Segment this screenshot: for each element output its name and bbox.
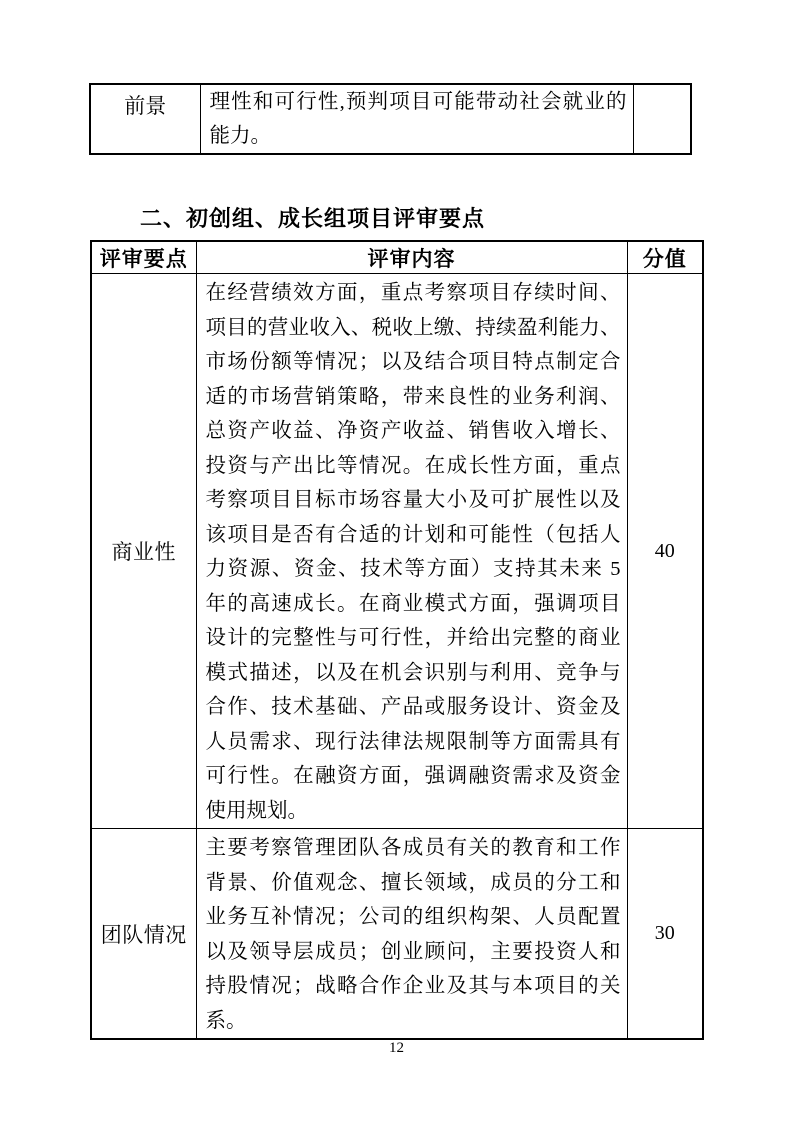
- text-line: 使用规划。: [206, 794, 621, 829]
- text-line: 在经营绩效方面，重点考察项目存续时间、: [206, 276, 621, 311]
- section-heading: 二、初创组、成长组项目评审要点: [140, 202, 485, 233]
- text-line: 该项目是否有合适的计划和可能性（包括人: [206, 518, 621, 553]
- table-header-row: 评审要点 评审内容 分值: [91, 241, 703, 274]
- header-content: 评审内容: [196, 241, 627, 274]
- header-criteria: 评审要点: [91, 241, 196, 274]
- text-line: 投资与产出比等情况。在成长性方面，重点: [206, 449, 621, 484]
- text-line: 力资源、资金、技术等方面）支持其未来 5: [206, 552, 621, 587]
- text-line: 项目的营业收入、税收上缴、持续盈利能力、: [206, 311, 621, 346]
- text-line: 年的高速成长。在商业模式方面，强调项目: [206, 587, 621, 622]
- text-line: 理性和可行性,预判项目可能带动社会就业的: [210, 86, 627, 120]
- text-line: 能力。: [210, 120, 627, 154]
- text-line: 市场份额等情况；以及结合项目特点制定合: [206, 345, 621, 380]
- text-line: 系。: [206, 1004, 621, 1039]
- top-table-fragment: 前景 理性和可行性,预判项目可能带动社会就业的能力。: [89, 83, 692, 155]
- text-line: 主要考察管理团队各成员有关的教育和工作: [206, 831, 621, 866]
- content-cell-prospect: 理性和可行性,预判项目可能带动社会就业的能力。: [200, 84, 633, 154]
- text-line: 可行性。在融资方面，强调融资需求及资金: [206, 759, 621, 794]
- header-score: 分值: [627, 241, 703, 274]
- score-cell-commercial: 40: [627, 274, 703, 829]
- content-cell-commercial: 在经营绩效方面，重点考察项目存续时间、项目的营业收入、税收上缴、持续盈利能力、市…: [196, 274, 627, 829]
- text-line: 设计的完整性与可行性，并给出完整的商业: [206, 621, 621, 656]
- table-row-commercial: 商业性 在经营绩效方面，重点考察项目存续时间、项目的营业收入、税收上缴、持续盈利…: [91, 274, 703, 829]
- table-row-team: 团队情况 主要考察管理团队各成员有关的教育和工作背景、价值观念、擅长领域，成员的…: [91, 829, 703, 1040]
- criteria-cell-commercial: 商业性: [91, 274, 196, 829]
- criteria-cell-prospect: 前景: [90, 84, 200, 154]
- content-cell-team: 主要考察管理团队各成员有关的教育和工作背景、价值观念、擅长领域，成员的分工和业务…: [196, 829, 627, 1040]
- text-line: 总资产收益、净资产收益、销售收入增长、: [206, 414, 621, 449]
- text-line: 模式描述，以及在机会识别与利用、竞争与: [206, 656, 621, 691]
- criteria-cell-team: 团队情况: [91, 829, 196, 1040]
- text-line: 以及领导层成员；创业顾问，主要投资人和: [206, 935, 621, 970]
- text-line: 人员需求、现行法律法规限制等方面需具有: [206, 725, 621, 760]
- score-cell-prospect: [633, 84, 691, 154]
- text-line: 背景、价值观念、擅长领域，成员的分工和: [206, 866, 621, 901]
- document-page: 前景 理性和可行性,预判项目可能带动社会就业的能力。 二、初创组、成长组项目评审…: [0, 0, 793, 1122]
- table-row: 前景 理性和可行性,预判项目可能带动社会就业的能力。: [90, 84, 691, 154]
- review-table: 评审要点 评审内容 分值 商业性 在经营绩效方面，重点考察项目存续时间、项目的营…: [90, 240, 704, 1040]
- text-line: 业务互补情况；公司的组织构架、人员配置: [206, 900, 621, 935]
- page-number: 12: [0, 1040, 793, 1057]
- text-line: 持股情况；战略合作企业及其与本项目的关: [206, 969, 621, 1004]
- score-cell-team: 30: [627, 829, 703, 1040]
- text-line: 考察项目目标市场容量大小及可扩展性以及: [206, 483, 621, 518]
- text-line: 适的市场营销策略，带来良性的业务利润、: [206, 380, 621, 415]
- text-line: 合作、技术基础、产品或服务设计、资金及: [206, 690, 621, 725]
